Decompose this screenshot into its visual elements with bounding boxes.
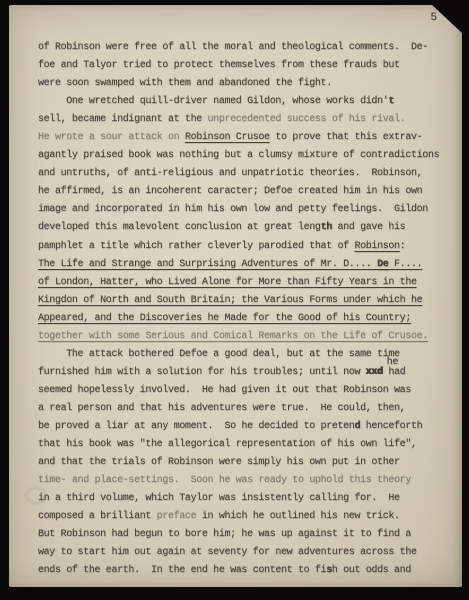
- text-line: foe and Talyor tried to protect themselv…: [38, 57, 450, 75]
- text-line: furnished him with a solution for his tr…: [38, 364, 450, 382]
- text-line: were soon swamped with them and abandone…: [38, 75, 450, 93]
- text-line: and untruths, of anti-religious and unpa…: [38, 165, 450, 183]
- text-line: together with some Serious and Comical R…: [38, 328, 450, 346]
- text-line: Appeared, and the Discoveries he Made fo…: [38, 310, 450, 328]
- text-line: of London, Hatter, who Lived Alone for M…: [38, 274, 450, 292]
- text-line: time- and place-settings. Soon he was re…: [38, 472, 450, 490]
- text-line: image and incorporated in him his own lo…: [38, 201, 450, 219]
- text-line: be proved a liar at any moment. So he de…: [38, 418, 450, 436]
- typewritten-text: of Robinson were free of all the moral a…: [38, 39, 450, 580]
- text-line: that his book was "the allegorical repre…: [38, 436, 450, 454]
- scanned-page-background: 5 ROBINSON of Robinson were free of all …: [0, 0, 469, 600]
- text-line: One wretched quill-driver named Gildon, …: [38, 93, 450, 111]
- text-line: developed this malevolent conclusion at …: [38, 219, 450, 237]
- text-line: he affirmed, is an incoherent caracter; …: [38, 183, 450, 201]
- text-line: pamphlet a title which rather cleverly p…: [38, 238, 450, 256]
- text-line: He wrote a sour attack on Robinson Cruso…: [38, 129, 450, 147]
- text-line: in a third volume, which Taylor was insi…: [38, 490, 450, 508]
- manuscript-page: 5 ROBINSON of Robinson were free of all …: [9, 5, 462, 587]
- text-line: ends of the earth. In the end he was con…: [38, 562, 450, 580]
- text-line: a real person and that his adventures we…: [38, 400, 450, 418]
- text-line: and that the trials of Robinson were sim…: [38, 454, 450, 472]
- text-line: sell, became indignant at the unpreceden…: [38, 111, 450, 129]
- text-line: Kingdon of North and South Britain; the …: [38, 292, 450, 310]
- text-line: But Robinson had begun to bore him; he w…: [38, 526, 450, 544]
- text-line: of Robinson were free of all the moral a…: [38, 39, 450, 57]
- page-number: 5: [430, 12, 437, 24]
- text-line: The Life and Strange and Surprising Adve…: [38, 256, 450, 274]
- text-line: way to start him out again at seventy fo…: [38, 544, 450, 562]
- text-line: agantly praised book was nothing but a c…: [38, 147, 450, 165]
- text-line: seemed hopelessly involved. He had given…: [38, 382, 450, 400]
- text-line: composed a brilliant preface in which he…: [38, 508, 450, 526]
